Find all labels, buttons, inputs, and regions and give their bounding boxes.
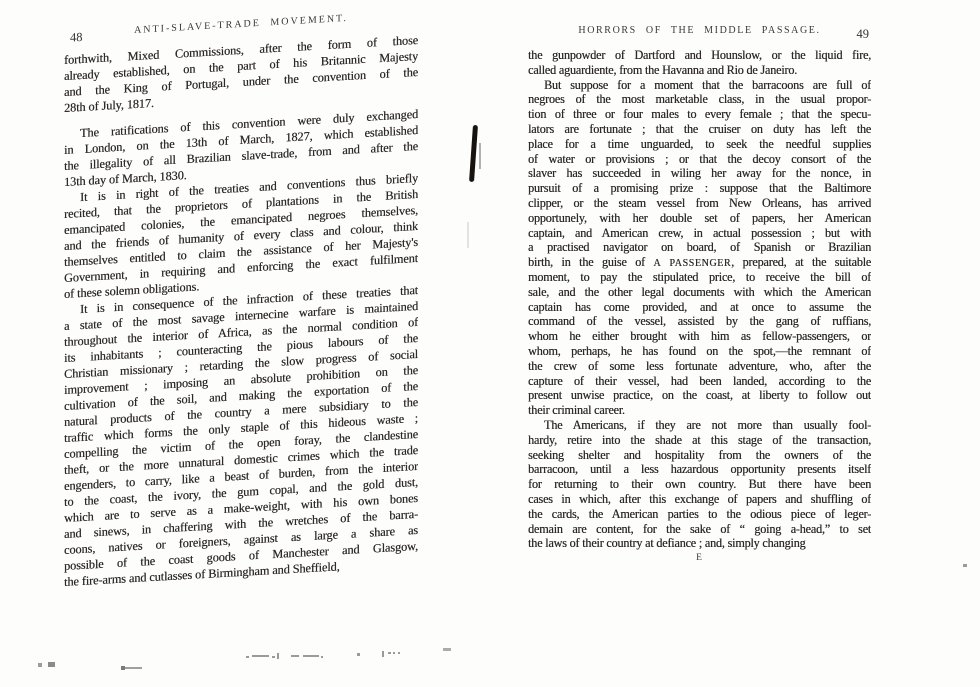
scan-artifact-hairline xyxy=(479,143,481,169)
text-line: birth, in the guise of a passenger, prep… xyxy=(528,255,871,270)
text-line: whom he either brought with him as fello… xyxy=(528,329,871,344)
paragraph: It is in consequence of the infraction o… xyxy=(64,282,418,590)
scan-artifact-dash xyxy=(303,655,319,657)
scan-artifact-dash xyxy=(291,655,299,657)
text-line: the laws of their country at defiance ; … xyxy=(528,536,871,551)
text-line: captain has come provided, and at once t… xyxy=(528,300,871,315)
text-line: negroes of the most marketable class, in… xyxy=(528,92,871,107)
text-line: a practised navigator on board, of Spani… xyxy=(528,240,871,255)
text-line: sale, and the other legal documents with… xyxy=(528,285,871,300)
left-running-header: ANTI-SLAVE-TRADE MOVEMENT. xyxy=(134,13,348,36)
text-line: cases in which, after this exchange of p… xyxy=(528,492,871,507)
right-page: HORRORS OF THE MIDDLE PASSAGE. 49 the gu… xyxy=(528,24,871,563)
scan-artifact-speck xyxy=(963,564,967,567)
text-line: their criminal career. xyxy=(528,403,871,418)
text-line: captain, and American crew, in actual po… xyxy=(528,226,871,241)
right-page-header: HORRORS OF THE MIDDLE PASSAGE. 49 xyxy=(528,24,871,42)
scan-artifact-speck xyxy=(393,652,395,654)
signature-mark: E xyxy=(528,553,871,563)
text-line: moment, to pay the stipulated price, to … xyxy=(528,270,871,285)
text-line: seeking shelter and hospitality from the… xyxy=(528,448,871,463)
text-line: of water or provisions ; or that the dec… xyxy=(528,152,871,167)
text-line: pursuit of a promising prize : suppose t… xyxy=(528,181,871,196)
text-line: hardy, retire into the shade at this sta… xyxy=(528,433,871,448)
scan-artifact-dash xyxy=(443,648,451,651)
scan-artifact-speck xyxy=(121,666,125,670)
text-line: called aguardiente, from the Havanna and… xyxy=(528,63,871,78)
text-line: tion of three or four males to every fem… xyxy=(528,107,871,122)
text-line: place for a time unguarded, to seek the … xyxy=(528,137,871,152)
book-scan: 48 ANTI-SLAVE-TRADE MOVEMENT. forthwith,… xyxy=(0,0,980,687)
text-line: lators are fortunate ; that the cruiser … xyxy=(528,122,871,137)
text-line: clipper, or the steam vessel from New Or… xyxy=(528,196,871,211)
text-line: the cards, the American parties to the o… xyxy=(528,507,871,522)
text-line: opportunely, with her double set of pape… xyxy=(528,211,871,226)
right-text-column: the gunpowder of Dartford and Hounslow, … xyxy=(528,48,871,551)
right-running-header: HORRORS OF THE MIDDLE PASSAGE. xyxy=(578,25,820,36)
paragraph: The Americans, if they are not more than… xyxy=(528,418,871,551)
scan-artifact-binding-slash xyxy=(469,125,478,182)
scan-artifact-dash xyxy=(252,655,269,657)
text-line: The Americans, if they are not more than… xyxy=(528,418,871,433)
scan-artifact-speck xyxy=(398,652,400,654)
text-line: present unwise practice, on the coast, a… xyxy=(528,388,871,403)
text-line: barracoon, until a less hazardous opport… xyxy=(528,462,871,477)
text-line: the gunpowder of Dartford and Hounslow, … xyxy=(528,48,871,63)
paragraph: It is in right of the treaties and conve… xyxy=(64,170,418,302)
paragraph: forthwith, Mixed Commissions, after the … xyxy=(64,32,418,116)
text-line: But suppose for a moment that the barrac… xyxy=(528,78,871,93)
text-line: capture of their vessel, had been landed… xyxy=(528,374,871,389)
text-line: demain are content, for the sake of “ go… xyxy=(528,522,871,537)
paragraph: the gunpowder of Dartford and Hounslow, … xyxy=(528,48,871,78)
scan-artifact-speck xyxy=(246,656,249,658)
scan-artifact-tick xyxy=(277,653,279,659)
text-line: command of the vessel, assisted by the g… xyxy=(528,314,871,329)
scan-artifact-speck xyxy=(321,656,323,658)
text-line: the crew of some less fortunate adventur… xyxy=(528,359,871,374)
scan-artifact-speck xyxy=(388,652,391,654)
left-text-column: forthwith, Mixed Commissions, after the … xyxy=(64,32,418,590)
scan-artifact-speck xyxy=(357,653,360,656)
scan-artifact-tick xyxy=(382,651,384,657)
scan-artifact-smudge xyxy=(467,222,469,248)
paragraph: But suppose for a moment that the barrac… xyxy=(528,78,871,418)
text-line: whom, perhaps, he has found on the spot,… xyxy=(528,344,871,359)
left-page: 48 ANTI-SLAVE-TRADE MOVEMENT. forthwith,… xyxy=(64,8,418,590)
left-page-number: 48 xyxy=(70,30,83,46)
right-page-number: 49 xyxy=(857,27,870,42)
text-line: slaver has succeeded in wiling her away … xyxy=(528,166,871,181)
scan-artifact-speck xyxy=(272,656,275,658)
text-line: for returning to their own country. But … xyxy=(528,477,871,492)
scan-artifact-speck xyxy=(48,662,55,667)
scan-artifact-speck xyxy=(38,663,42,667)
